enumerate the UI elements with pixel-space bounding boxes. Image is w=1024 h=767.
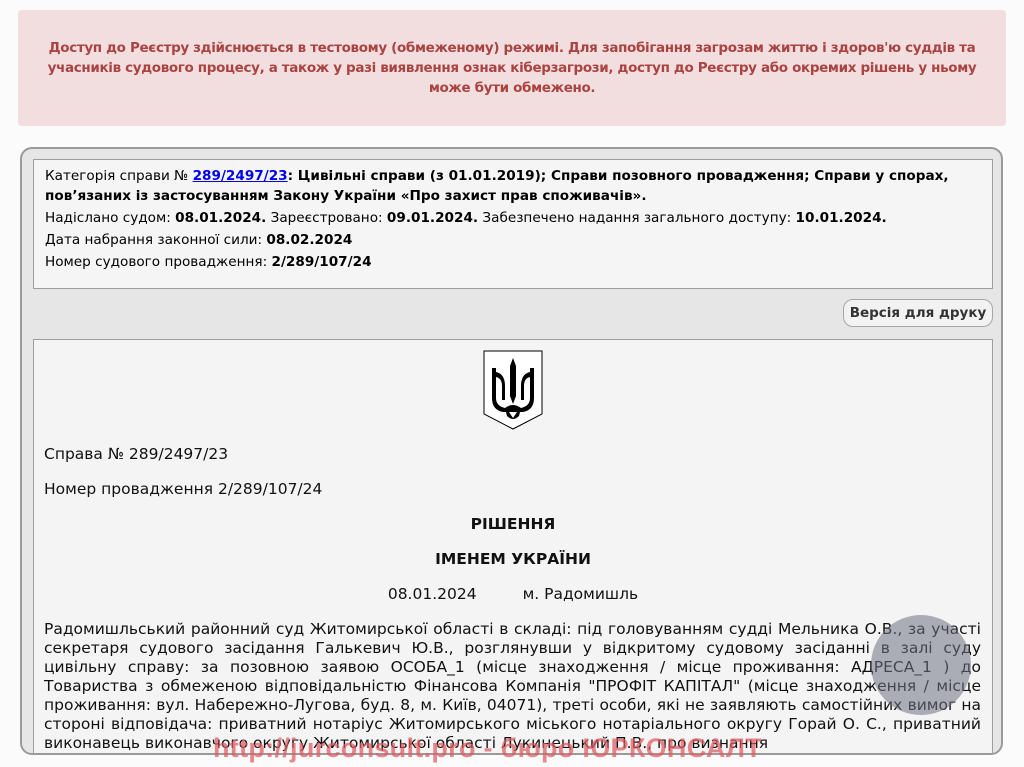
decision-document: Справа № 289/2497/23 Номер провадження 2… bbox=[33, 339, 993, 755]
case-number: Справа № 289/2497/23 bbox=[44, 445, 228, 464]
registered-date: 09.01.2024. bbox=[387, 210, 478, 226]
case-number-link[interactable]: 289/2497/23 bbox=[193, 168, 288, 184]
proceeding-number-row: Номер судового провадження: 2/289/107/24 bbox=[45, 252, 981, 272]
case-dates: Надіслано судом: 08.01.2024. Зареєстрова… bbox=[45, 208, 981, 228]
decision-subtitle: ІМЕНЕМ УКРАЇНИ bbox=[34, 550, 992, 569]
decision-container: Категорія справи № 289/2497/23: Цивільні… bbox=[20, 147, 1003, 755]
coat-of-arms-icon bbox=[483, 350, 543, 430]
public-access-date: 10.01.2024. bbox=[796, 210, 887, 226]
case-metadata-panel: Категорія справи № 289/2497/23: Цивільні… bbox=[33, 159, 993, 289]
effective-date: 08.02.2024 bbox=[266, 232, 352, 248]
print-version-button[interactable]: Версія для друку bbox=[843, 299, 993, 327]
watermark-text: http://jurconsult.pro - бюро ЮРКОНСАЛТ bbox=[213, 733, 813, 764]
proceeding-number: 2/289/107/24 bbox=[272, 254, 372, 270]
sent-date: 08.01.2024. bbox=[175, 210, 266, 226]
watermark-logo-icon bbox=[871, 615, 971, 715]
decision-city: м. Радомишль bbox=[523, 585, 639, 603]
access-warning-banner: Доступ до Реєстру здійснюється в тестово… bbox=[18, 10, 1006, 126]
proceeding-number-text: Номер провадження 2/289/107/24 bbox=[44, 480, 322, 499]
access-warning-text: Доступ до Реєстру здійснюється в тестово… bbox=[34, 38, 990, 98]
decision-date: 08.01.2024 bbox=[388, 585, 477, 603]
effective-date-row: Дата набрання законної сили: 08.02.2024 bbox=[45, 230, 981, 250]
case-category: Категорія справи № 289/2497/23: Цивільні… bbox=[45, 166, 981, 206]
decision-title: РІШЕННЯ bbox=[34, 515, 992, 534]
decision-date-place: 08.01.2024м. Радомишль bbox=[34, 585, 992, 604]
